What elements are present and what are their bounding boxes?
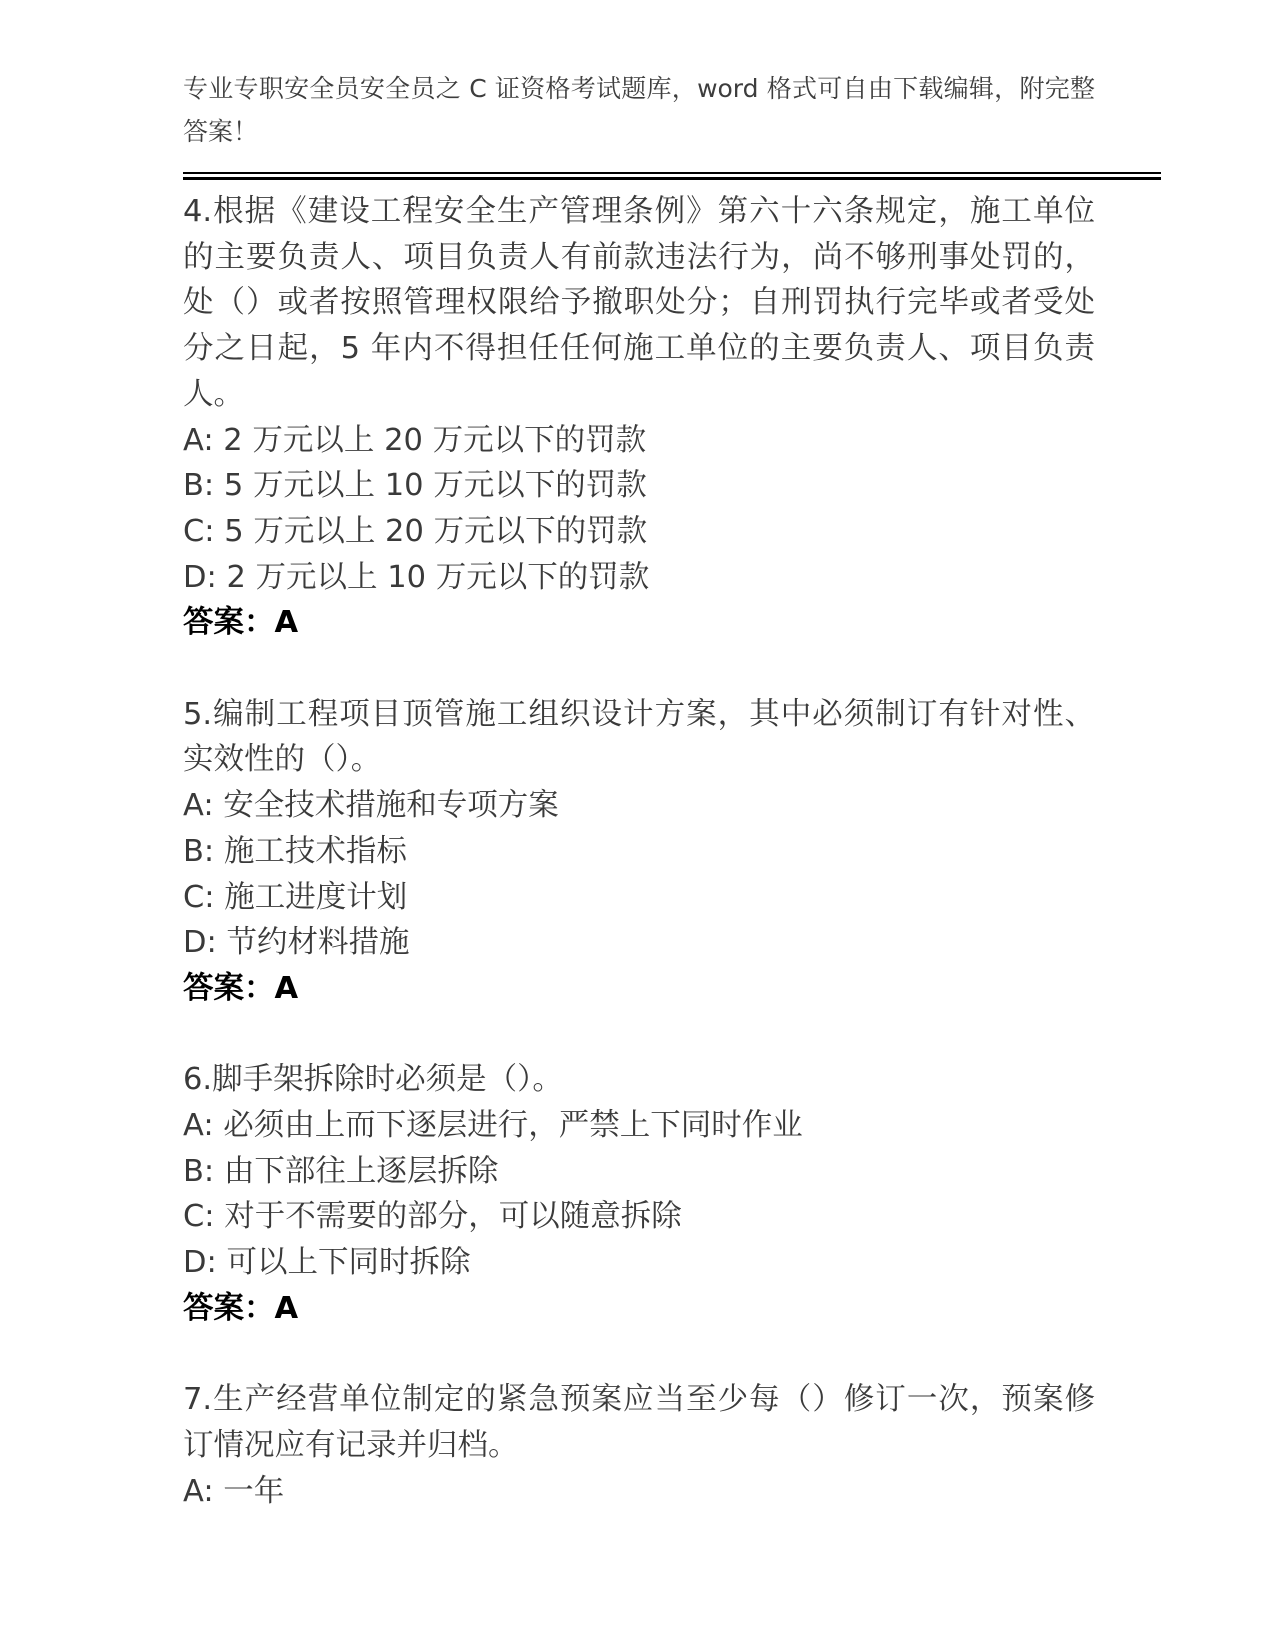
question-block-6: 6.脚手架拆除时必须是（）。 A: 必须由上而下逐层进行，严禁上下同时作业 B:… [183,1057,1095,1331]
page-content: 专业专职安全员安全员之 C 证资格考试题库，word 格式可自由下载编辑，附完整… [0,0,1275,1514]
question-text: 7.生产经营单位制定的紧急预案应当至少每（）修订一次，预案修订情况应有记录并归档… [183,1377,1095,1468]
option-line-c: C: 施工进度计划 [183,875,1095,921]
document-body: 4.根据《建设工程安全生产管理条例》第六十六条规定，施工单位的主要负责人、项目负… [183,189,1095,1514]
question-text: 4.根据《建设工程安全生产管理条例》第六十六条规定，施工单位的主要负责人、项目负… [183,189,1095,418]
option-line-a: A: 一年 [183,1469,1095,1515]
header-rule [183,172,1161,180]
option-line-b: B: 施工技术指标 [183,829,1095,875]
answer-line: 答案：A [183,600,1095,646]
answer-line: 答案：A [183,1286,1095,1332]
page-header-text: 专业专职安全员安全员之 C 证资格考试题库，word 格式可自由下载编辑，附完整… [183,67,1095,153]
question-text: 6.脚手架拆除时必须是（）。 [183,1057,1095,1103]
option-line-d: D: 2 万元以上 10 万元以下的罚款 [183,555,1095,601]
option-line-d: D: 节约材料措施 [183,920,1095,966]
question-block-4: 4.根据《建设工程安全生产管理条例》第六十六条规定，施工单位的主要负责人、项目负… [183,189,1095,646]
option-line-c: C: 5 万元以上 20 万元以下的罚款 [183,509,1095,555]
question-block-7: 7.生产经营单位制定的紧急预案应当至少每（）修订一次，预案修订情况应有记录并归档… [183,1377,1095,1514]
option-line-c: C: 对于不需要的部分，可以随意拆除 [183,1194,1095,1240]
option-line-a: A: 2 万元以上 20 万元以下的罚款 [183,418,1095,464]
option-line-d: D: 可以上下同时拆除 [183,1240,1095,1286]
option-line-a: A: 安全技术措施和专项方案 [183,783,1095,829]
option-line-b: B: 5 万元以上 10 万元以下的罚款 [183,463,1095,509]
question-text: 5.编制工程项目顶管施工组织设计方案，其中必须制订有针对性、实效性的（）。 [183,692,1095,783]
option-line-a: A: 必须由上而下逐层进行，严禁上下同时作业 [183,1103,1095,1149]
question-block-5: 5.编制工程项目顶管施工组织设计方案，其中必须制订有针对性、实效性的（）。 A:… [183,692,1095,1012]
document-page: 专业专职安全员安全员之 C 证资格考试题库，word 格式可自由下载编辑，附完整… [0,0,1275,1650]
answer-line: 答案：A [183,966,1095,1012]
option-line-b: B: 由下部往上逐层拆除 [183,1149,1095,1195]
